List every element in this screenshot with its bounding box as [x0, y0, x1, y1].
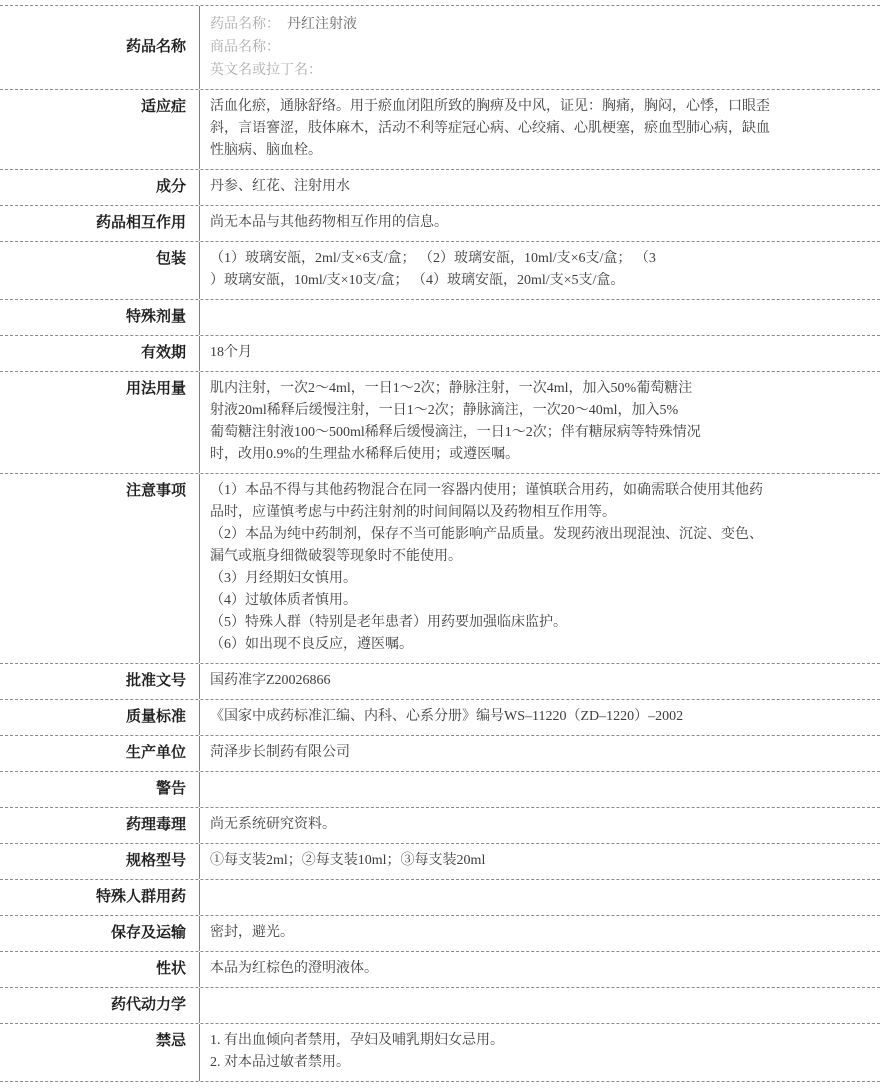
- name-field-line: 药品名称：丹红注射液: [210, 13, 852, 36]
- drug-info-table: 药品名称 药品名称：丹红注射液商品名称：英文名或拉丁名： 适应症 活血化瘀，通脉…: [0, 5, 880, 1082]
- table-row-15: 特殊人群用药: [0, 880, 880, 916]
- row-content: 尚无系统研究资料。: [200, 808, 880, 843]
- table-row-8: 注意事项 （1）本品不得与其他药物混合在同一容器内使用；谨慎联合用药，如确需联合…: [0, 474, 880, 664]
- table-row-14: 规格型号 ①每支装2ml；②每支装10ml；③每支装20ml: [0, 844, 880, 880]
- row-label: 成分: [0, 170, 200, 205]
- table-row-7: 用法用量 肌内注射，一次2～4ml，一日1～2次；静脉注射，一次4ml，加入50…: [0, 372, 880, 474]
- name-field-line: 商品名称：: [210, 36, 852, 59]
- row-content: [200, 300, 880, 335]
- row-label: 包装: [0, 242, 200, 299]
- table-row-11: 生产单位 菏泽步长制药有限公司: [0, 736, 880, 772]
- row-content: 尚无本品与其他药物相互作用的信息。: [200, 206, 880, 241]
- row-label: 性状: [0, 952, 200, 987]
- row-label: 有效期: [0, 336, 200, 371]
- table-row-2: 成分 丹参、红花、注射用水: [0, 170, 880, 206]
- field-prefix: 英文名或拉丁名：: [210, 63, 322, 78]
- row-label: 质量标准: [0, 700, 200, 735]
- row-content: （1）玻璃安瓿，2ml/支×6支/盒； （2）玻璃安瓿，10ml/支×6支/盒；…: [200, 242, 880, 299]
- table-row-17: 性状 本品为红棕色的澄明液体。: [0, 952, 880, 988]
- table-row-6: 有效期 18个月: [0, 336, 880, 372]
- table-row-3: 药品相互作用 尚无本品与其他药物相互作用的信息。: [0, 206, 880, 242]
- table-row-18: 药代动力学: [0, 988, 880, 1024]
- row-content: 密封，避光。: [200, 916, 880, 951]
- row-label: 生产单位: [0, 736, 200, 771]
- row-label: 适应症: [0, 90, 200, 169]
- row-content: 国药准字Z20026866: [200, 664, 880, 699]
- row-content: ①每支装2ml；②每支装10ml；③每支装20ml: [200, 844, 880, 879]
- row-label: 药理毒理: [0, 808, 200, 843]
- table-row-5: 特殊剂量: [0, 300, 880, 336]
- table-row-16: 保存及运输 密封，避光。: [0, 916, 880, 952]
- row-content: 《国家中成药标准汇编、内科、心系分册》编号WS–11220（ZD–1220）–2…: [200, 700, 880, 735]
- row-content: 活血化瘀，通脉舒络。用于瘀血闭阻所致的胸痹及中风，证见：胸痛，胸闷，心悸，口眼歪…: [200, 90, 880, 169]
- row-content: [200, 880, 880, 915]
- row-content: [200, 772, 880, 807]
- table-row-12: 警告: [0, 772, 880, 808]
- row-label: 药代动力学: [0, 988, 200, 1023]
- row-content: 药品名称：丹红注射液商品名称：英文名或拉丁名：: [200, 6, 880, 89]
- row-label: 药品名称: [0, 6, 200, 89]
- row-content: 菏泽步长制药有限公司: [200, 736, 880, 771]
- table-row-10: 质量标准 《国家中成药标准汇编、内科、心系分册》编号WS–11220（ZD–12…: [0, 700, 880, 736]
- table-row-1: 适应症 活血化瘀，通脉舒络。用于瘀血闭阻所致的胸痹及中风，证见：胸痛，胸闷，心悸…: [0, 90, 880, 170]
- table-row-0: 药品名称 药品名称：丹红注射液商品名称：英文名或拉丁名：: [0, 6, 880, 90]
- row-content: （1）本品不得与其他药物混合在同一容器内使用；谨慎联合用药，如确需联合使用其他药…: [200, 474, 880, 663]
- table-row-19: 禁忌 1. 有出血倾向者禁用，孕妇及哺乳期妇女忌用。 2. 对本品过敏者禁用。: [0, 1024, 880, 1082]
- row-content: 肌内注射，一次2～4ml，一日1～2次；静脉注射，一次4ml，加入50%葡萄糖注…: [200, 372, 880, 473]
- name-field-line: 英文名或拉丁名：: [210, 59, 852, 82]
- row-label: 规格型号: [0, 844, 200, 879]
- field-prefix: 商品名称：: [210, 40, 280, 55]
- row-content: [200, 988, 880, 1023]
- table-row-4: 包装 （1）玻璃安瓿，2ml/支×6支/盒； （2）玻璃安瓿，10ml/支×6支…: [0, 242, 880, 300]
- row-label: 禁忌: [0, 1024, 200, 1081]
- table-row-9: 批准文号 国药准字Z20026866: [0, 664, 880, 700]
- row-label: 注意事项: [0, 474, 200, 663]
- row-label: 特殊人群用药: [0, 880, 200, 915]
- field-prefix: 药品名称：: [210, 17, 280, 32]
- row-label: 批准文号: [0, 664, 200, 699]
- row-label: 保存及运输: [0, 916, 200, 951]
- row-content: 丹参、红花、注射用水: [200, 170, 880, 205]
- row-label: 药品相互作用: [0, 206, 200, 241]
- row-content: 18个月: [200, 336, 880, 371]
- row-content: 本品为红棕色的澄明液体。: [200, 952, 880, 987]
- row-label: 警告: [0, 772, 200, 807]
- row-label: 特殊剂量: [0, 300, 200, 335]
- row-label: 用法用量: [0, 372, 200, 473]
- field-value: 丹红注射液: [287, 17, 357, 32]
- row-content: 1. 有出血倾向者禁用，孕妇及哺乳期妇女忌用。 2. 对本品过敏者禁用。: [200, 1024, 880, 1081]
- table-row-13: 药理毒理 尚无系统研究资料。: [0, 808, 880, 844]
